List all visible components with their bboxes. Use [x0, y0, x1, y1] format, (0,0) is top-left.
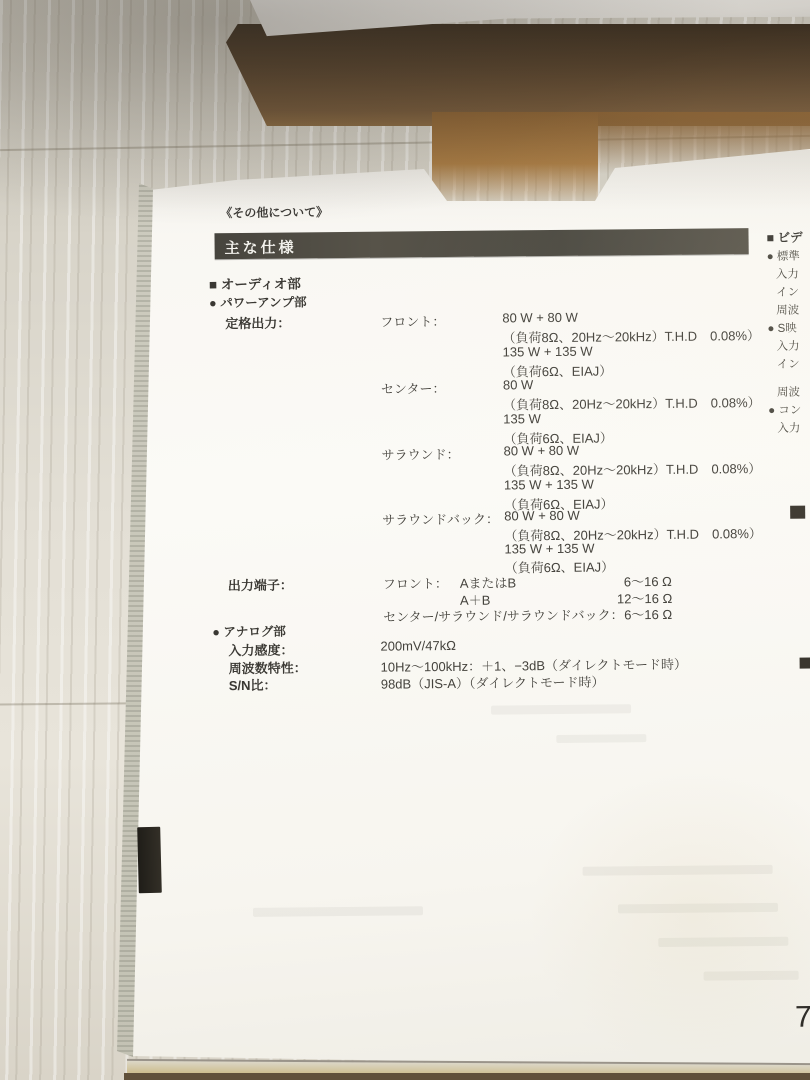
show-through	[658, 937, 788, 947]
show-through	[556, 734, 646, 743]
right-column-fragment: 入力	[776, 338, 799, 354]
spec-value: 80 W	[503, 377, 533, 392]
right-column-fragment: ● コン	[768, 402, 801, 418]
right-column-fragment: 入力	[776, 266, 799, 282]
spec-value: （負荷6Ω、EIAJ）	[505, 556, 615, 576]
spec-value: 80 W + 80 W	[504, 508, 580, 524]
terminal-name: センター/サラウンド/サラウンドバック：	[383, 604, 624, 625]
spec-value: 135 W + 135 W	[504, 541, 594, 557]
channel-name: フロント：	[380, 311, 445, 331]
analog-section-heading: ● アナログ部	[212, 622, 286, 641]
analog-label: 入力感度：	[228, 640, 293, 660]
spec-value: 135 W	[503, 411, 541, 426]
analog-value: 98dB（JIS-A）（ダイレクトモード時）	[381, 672, 605, 693]
show-through	[253, 906, 423, 917]
section-title-bar: 主な仕様	[214, 228, 748, 259]
brown-floor-patch	[432, 112, 598, 206]
right-column-fragment: イン	[776, 284, 799, 300]
analog-label: S/N比：	[229, 675, 277, 694]
right-column-fragment: ■ ビデ	[766, 228, 802, 246]
output-terminals-label: 出力端子：	[228, 575, 293, 595]
analog-value: 200mV/47kΩ	[380, 638, 456, 654]
channel-name: サラウンドバック：	[382, 509, 499, 529]
right-column-fragment: 周波	[776, 302, 799, 318]
show-through	[583, 865, 773, 876]
spec-value: 135 W + 135 W	[504, 477, 594, 493]
channel-name: センター：	[381, 378, 446, 398]
page-number: 7	[795, 1001, 810, 1035]
power-amp-heading: ● パワーアンプ部	[209, 292, 307, 311]
show-through	[491, 704, 631, 714]
right-column-fragment: イン	[777, 356, 800, 372]
right-column-fragment: ● 標準	[767, 248, 800, 264]
right-column-fragment: 周波	[777, 384, 800, 400]
show-through	[618, 903, 778, 914]
right-section-marker-icon	[800, 658, 810, 669]
right-column-fragment: ● S映	[767, 320, 796, 336]
right-section-marker-icon	[790, 506, 805, 519]
terminal-name: フロント：	[383, 573, 448, 593]
show-through	[704, 971, 799, 981]
spec-value: 80 W + 80 W	[502, 310, 578, 326]
dark-wood-plank	[226, 24, 810, 126]
breadcrumb: 《その他について》	[220, 203, 328, 221]
spec-value: 135 W + 135 W	[503, 344, 593, 360]
spec-value: 80 W + 80 W	[504, 443, 580, 459]
rated-output-label: 定格出力：	[225, 313, 290, 333]
audio-section-heading: ■ オーディオ部	[209, 272, 301, 293]
terminal-impedance: 6〜16 Ω	[624, 604, 672, 623]
page-title: 主な仕様	[225, 236, 297, 258]
right-column-fragment: 入力	[777, 420, 800, 436]
channel-name: サラウンド：	[382, 444, 460, 464]
spec-value: （負荷8Ω、20Hz〜20kHz）T.H.D 0.08%）	[503, 392, 761, 413]
bottom-cover-edge	[124, 1073, 810, 1080]
page-edge-black-tab	[137, 827, 162, 894]
